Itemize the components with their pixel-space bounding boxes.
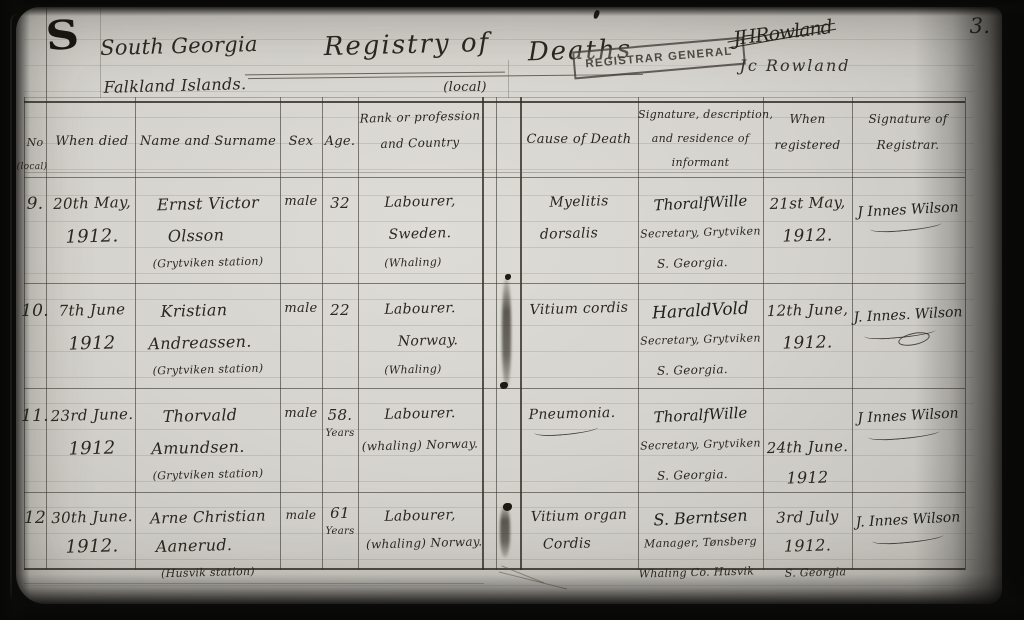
- signature-flourish: [872, 531, 945, 546]
- informant-signature: HaraldVold: [638, 298, 764, 325]
- registered-date: 24th June.: [763, 437, 852, 457]
- rank-line: (whaling) Norway.: [366, 534, 482, 551]
- registered-year: 1912.: [763, 225, 852, 247]
- col-header-text: (local): [14, 162, 50, 172]
- registrar-signature: J. Innes Wilson: [852, 509, 965, 531]
- col-header-text: Registrar.: [852, 138, 964, 152]
- col-header-text: registered: [763, 138, 852, 152]
- col-header-rank: Rank or profession and Country: [358, 100, 482, 177]
- territory-title: South Georgia: [84, 32, 275, 61]
- station-note: (Grytviken station): [137, 466, 279, 483]
- informant-signature: ThoralfWille: [638, 191, 764, 216]
- name-line: Arne Christian: [137, 506, 279, 528]
- station-note: (Grytviken station): [137, 254, 279, 271]
- rank-line: (Whaling): [344, 254, 482, 271]
- cell-cause: Vitium cordis: [520, 285, 638, 388]
- registered-year: 1912: [763, 467, 852, 488]
- registered-year: 1912.: [763, 535, 852, 556]
- informant-line: S. Georgia.: [622, 361, 763, 379]
- local-note: (local): [415, 80, 515, 95]
- age-unit: Years: [322, 526, 358, 537]
- registry-title: Registry of: [312, 28, 503, 63]
- cell-registered: 3rd July 1912. S. Georgia: [763, 492, 852, 578]
- col-header-when-died: When died: [48, 100, 136, 177]
- cell-rank: Labourer. (whaling) Norway.: [358, 390, 482, 492]
- register-row: 10. 7th June 1912 Kristian Andreassen. (…: [0, 285, 1000, 388]
- cause-line: Cordis: [496, 534, 638, 554]
- rank-line: Labourer,: [358, 506, 482, 525]
- cell-registered: 24th June. 1912: [763, 390, 852, 492]
- cause-line: Vitium organ: [520, 506, 638, 525]
- age-value: 22: [322, 301, 358, 319]
- ink-smear: [502, 278, 511, 388]
- name-line: Aanerud.: [109, 534, 279, 557]
- death-date: 20th May,: [48, 193, 136, 213]
- rank-line: Labourer.: [358, 404, 482, 423]
- grid-line: [24, 283, 965, 284]
- col-header-text: Rank or profession: [358, 108, 482, 125]
- informant-line: S. Georgia.: [622, 254, 763, 272]
- register-row: 9. 20th May, 1912. Ernst Victor Olsson (…: [0, 178, 1000, 283]
- corner-ink-mark: S: [44, 11, 81, 60]
- cell-no: 9.: [20, 178, 50, 283]
- scanned-register-photo: S South Georgia Falkland Islands. Regist…: [0, 0, 1024, 620]
- rank-line: (Whaling): [344, 361, 482, 378]
- col-header-text: Signature of: [852, 112, 964, 126]
- sex-value: male: [280, 406, 322, 421]
- name-line: Olsson: [113, 224, 279, 247]
- cell-informant: ThoralfWille Secretary, Grytviken S. Geo…: [638, 390, 763, 492]
- col-header-text: Age.: [322, 134, 358, 149]
- registrar-signature: J. Innes. Wilson: [852, 304, 965, 326]
- cell-sex: male: [280, 178, 322, 283]
- grid-line: [24, 97, 965, 98]
- col-header-text: Signature, description,: [638, 108, 763, 121]
- cell-name: Arne Christian Aanerud. (Husvik station): [137, 492, 279, 578]
- registrar-signature: J Innes Wilson: [852, 199, 965, 221]
- cell-rank: Labourer. Norway. (Whaling): [358, 285, 482, 388]
- col-header-text: Cause of Death: [520, 132, 638, 147]
- registered-year: 1912.: [763, 332, 852, 354]
- rank-line: Labourer.: [358, 299, 482, 318]
- cell-sex: male: [280, 390, 322, 492]
- col-header-text: Name and Surname: [137, 134, 279, 149]
- cause-line: Vitium cordis: [520, 299, 638, 318]
- cause-line: Pneumonia.: [506, 404, 638, 423]
- signature-flourish: [870, 219, 943, 234]
- col-header-registered: When registered: [763, 100, 852, 177]
- entry-number: 9.: [20, 194, 50, 214]
- approval-signature: Jc Rowland: [735, 56, 855, 75]
- station-note: (Grytviken station): [137, 361, 279, 378]
- sex-value: male: [280, 508, 322, 522]
- cell-no: 11.: [20, 390, 50, 492]
- name-line: Andreassen.: [121, 331, 279, 354]
- cell-name: Kristian Andreassen. (Grytviken station): [137, 285, 279, 388]
- rank-line: Labourer,: [358, 192, 482, 211]
- entry-number: 10.: [20, 301, 50, 321]
- cell-cause: Myelitis dorsalis: [520, 178, 638, 283]
- col-header-text: When: [763, 112, 852, 126]
- entry-number: 11.: [20, 406, 50, 426]
- registered-place: S. Georgia: [779, 565, 852, 580]
- informant-line: S. Georgia.: [622, 466, 763, 484]
- col-header-cause: Cause of Death: [520, 100, 638, 177]
- cell-informant: S. Berntsen Manager, Tønsberg Whaling Co…: [638, 492, 763, 578]
- grid-line: [24, 583, 484, 584]
- ink-smear: [500, 505, 510, 557]
- cell-sex: male: [280, 492, 322, 578]
- age-unit: Years: [322, 428, 358, 439]
- cell-no: 10.: [20, 285, 50, 388]
- cell-registrar: J Innes Wilson: [852, 178, 964, 283]
- signature-flourish: [868, 427, 941, 442]
- registered-spacer: [763, 405, 852, 407]
- rank-line: Sweden.: [358, 224, 482, 243]
- cell-cause: Pneumonia.: [520, 390, 638, 492]
- age-value: 61: [322, 504, 358, 522]
- name-line: Amundsen.: [117, 436, 279, 459]
- rank-line: Norway.: [374, 332, 482, 351]
- name-line: Kristian: [109, 299, 279, 322]
- informant-line: Manager, Tønsberg: [638, 534, 763, 550]
- informant-line: Secretary, Grytviken: [638, 331, 763, 347]
- cell-informant: ThoralfWille Secretary, Grytviken S. Geo…: [638, 178, 763, 283]
- col-header-sex: Sex: [280, 100, 322, 177]
- col-header-name: Name and Surname: [137, 100, 279, 177]
- cell-cause: Vitium organ Cordis: [520, 492, 638, 578]
- cell-informant: HaraldVold Secretary, Grytviken S. Georg…: [638, 285, 763, 388]
- informant-signature: ThoralfWille: [638, 403, 764, 428]
- cell-name: Thorvald Amundsen. (Grytviken station): [137, 390, 279, 492]
- registrar-signature: J Innes Wilson: [852, 405, 965, 427]
- col-header-age: Age.: [322, 100, 358, 177]
- cell-rank: Labourer, Sweden. (Whaling): [358, 178, 482, 283]
- registered-date: 12th June,: [763, 300, 852, 320]
- age-value: 58.: [322, 406, 358, 424]
- table-header-row: No (local) When died Name and Surname Se…: [0, 100, 1000, 177]
- age-value: 32: [322, 194, 358, 212]
- col-header-text: and Country: [358, 134, 482, 151]
- cell-rank: Labourer, (whaling) Norway.: [358, 492, 482, 578]
- registered-date: 21st May,: [763, 193, 852, 213]
- cell-age: 58. Years: [322, 390, 358, 492]
- cell-registered: 12th June, 1912.: [763, 285, 852, 388]
- cause-line: Myelitis: [520, 192, 638, 211]
- cell-name: Ernst Victor Olsson (Grytviken station): [137, 178, 279, 283]
- col-header-text: No: [20, 136, 50, 149]
- cell-registrar: J. Innes Wilson: [852, 492, 964, 578]
- name-line: Ernst Victor: [137, 192, 279, 215]
- cause-line: dorsalis: [500, 224, 638, 244]
- col-header-no: No (local): [20, 100, 50, 177]
- informant-signature: S. Berntsen: [638, 505, 764, 531]
- cell-no: 12: [20, 492, 50, 578]
- cause-underline: [534, 423, 599, 438]
- col-header-text: and residence of: [638, 132, 763, 145]
- cell-registrar: J. Innes. Wilson: [852, 285, 964, 388]
- cell-age: 61 Years: [322, 492, 358, 578]
- sex-value: male: [280, 194, 322, 209]
- col-header-text: When died: [48, 134, 136, 149]
- sex-value: male: [280, 301, 322, 316]
- grid-line: [100, 8, 101, 98]
- page-number: 3.: [955, 14, 1005, 38]
- col-header-text: informant: [638, 156, 763, 169]
- col-header-informant: Signature, description, and residence of…: [638, 100, 763, 177]
- death-date: 30th June.: [48, 507, 136, 527]
- rank-line: (whaling) Norway.: [358, 436, 482, 453]
- col-header-registrar: Signature of Registrar.: [852, 100, 964, 177]
- entry-number: 12: [20, 508, 50, 528]
- informant-line: Secretary, Grytviken: [638, 224, 763, 240]
- cell-registered: 21st May, 1912.: [763, 178, 852, 283]
- name-line: Thorvald: [121, 404, 279, 427]
- grid-line: [24, 388, 965, 389]
- col-header-text: Sex: [280, 134, 322, 149]
- cell-sex: male: [280, 285, 322, 388]
- registered-date: 3rd July: [763, 507, 852, 527]
- grid-line: [508, 60, 509, 98]
- informant-line: Secretary, Grytviken: [638, 436, 763, 452]
- cell-registrar: J Innes Wilson: [852, 390, 964, 492]
- cell-when-died: 30th June. 1912.: [48, 492, 136, 578]
- register-row: 11. 23rd June. 1912 Thorvald Amundsen. (…: [0, 390, 1000, 492]
